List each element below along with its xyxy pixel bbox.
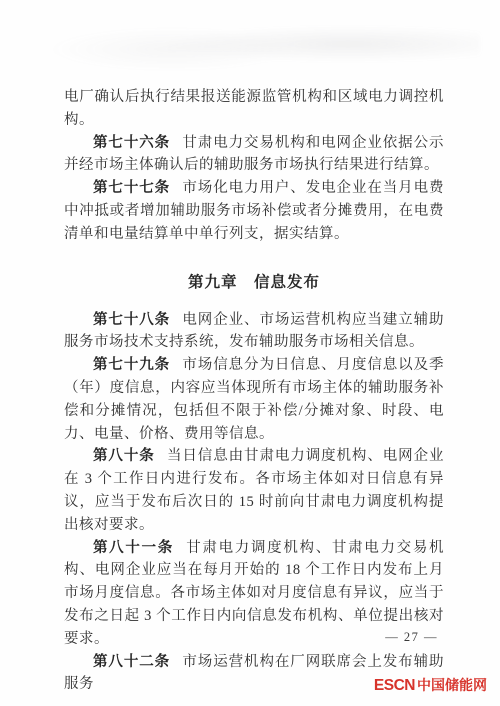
escn-logo-chinese-name: 中国储能网 [417, 677, 487, 693]
chapter-heading: 第九章 信息发布 [64, 271, 444, 294]
article-number: 第七十八条 [93, 312, 170, 328]
paragraph: 第七十六条甘肃电力交易机构和电网企业依据公示并经市场主体确认后的辅助服务市场执行… [64, 132, 444, 178]
document-page: 电厂确认后执行结果报送能源监管机构和区域电力调控机构。第七十六条甘肃电力交易机构… [0, 0, 500, 706]
escn-logo-wordmark: ESCN [374, 677, 415, 694]
page-number: — 27 — [385, 630, 438, 645]
article-number: 第七十七条 [93, 180, 170, 196]
article-number: 第八十一条 [93, 540, 174, 556]
article-number: 第八十条 [93, 448, 155, 464]
paragraph: 第八十条当日信息由甘肃电力调度机构、电网企业在 3 个工作日内进行发布。各市场主… [64, 445, 444, 536]
paragraph: 第七十九条市场信息分为日信息、月度信息以及季（年）度信息，内容应当体现所有市场主… [64, 354, 444, 445]
paragraph: 第七十八条电网企业、市场运营机构应当建立辅助服务市场技术支持系统，发布辅助服务市… [64, 309, 444, 355]
paragraph: 电厂确认后执行结果报送能源监管机构和区域电力调控机构。 [64, 86, 444, 132]
scan-smudge-artifact [40, 18, 480, 70]
article-number: 第七十九条 [93, 357, 170, 373]
article-number: 第八十二条 [93, 654, 170, 670]
paragraph: 第七十七条市场化电力用户、发电企业在当月电费中冲抵或者增加辅助服务市场补偿或者分… [64, 177, 444, 245]
article-number: 第七十六条 [93, 135, 170, 151]
document-body: 电厂确认后执行结果报送能源监管机构和区域电力调控机构。第七十六条甘肃电力交易机构… [64, 86, 444, 696]
escn-logo: ESCN中国储能网 [374, 675, 487, 695]
